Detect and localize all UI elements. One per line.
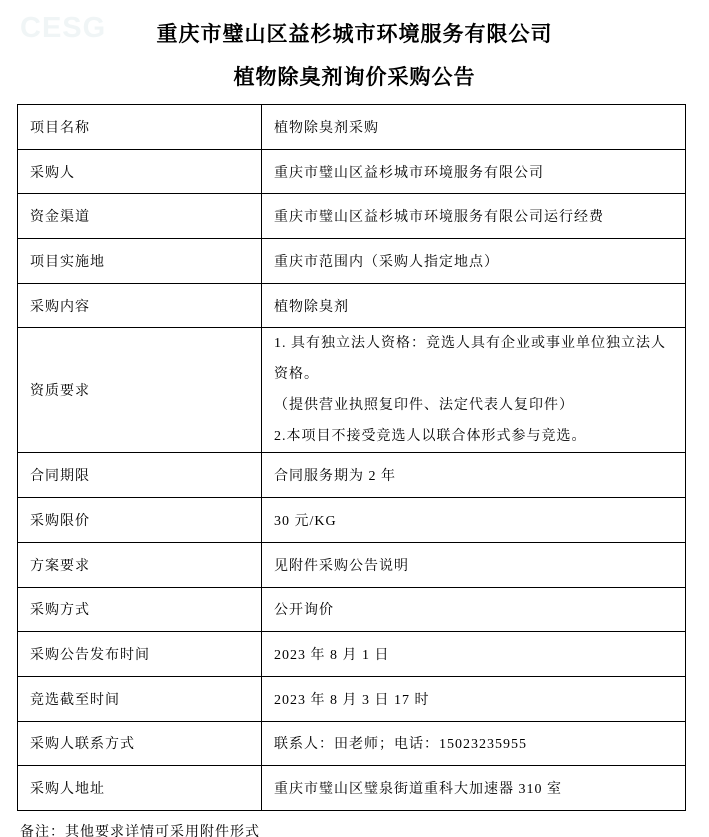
table-row-procurement-content: 采购内容 植物除臭剂: [18, 283, 686, 328]
row-label: 合同期限: [18, 453, 262, 498]
table-row-price-limit: 采购限价 30 元/KG: [18, 498, 686, 543]
table-row-funding-channel: 资金渠道 重庆市璧山区益杉城市环境服务有限公司运行经费: [18, 194, 686, 239]
row-value: 合同服务期为 2 年: [262, 453, 686, 498]
row-label: 采购方式: [18, 587, 262, 632]
row-label: 方案要求: [18, 542, 262, 587]
table-row-announcement-publish-time: 采购公告发布时间 2023 年 8 月 1 日: [18, 632, 686, 677]
row-value: 见附件采购公告说明: [262, 542, 686, 587]
row-label: 项目名称: [18, 105, 262, 150]
title-company-name: 重庆市璧山区益杉城市环境服务有限公司: [0, 0, 709, 47]
table-row-bidding-deadline: 竞选截至时间 2023 年 8 月 3 日 17 时: [18, 676, 686, 721]
row-label: 采购公告发布时间: [18, 632, 262, 677]
document-title: 重庆市璧山区益杉城市环境服务有限公司 植物除臭剂询价采购公告: [0, 0, 709, 90]
row-label: 竞选截至时间: [18, 676, 262, 721]
row-value: 公开询价: [262, 587, 686, 632]
row-label: 采购内容: [18, 283, 262, 328]
qualification-line-2: （提供营业执照复印件、法定代表人复印件）: [274, 390, 673, 421]
row-value: 联系人：田老师；电话：15023235955: [262, 721, 686, 766]
table-row-purchaser-contact: 采购人联系方式 联系人：田老师；电话：15023235955: [18, 721, 686, 766]
table-row-purchaser: 采购人 重庆市璧山区益杉城市环境服务有限公司: [18, 149, 686, 194]
procurement-info-table: 项目名称 植物除臭剂采购 采购人 重庆市璧山区益杉城市环境服务有限公司 资金渠道…: [17, 104, 686, 811]
row-label: 资质要求: [18, 328, 262, 453]
row-value: 植物除臭剂采购: [262, 105, 686, 150]
table-row-purchaser-address: 采购人地址 重庆市璧山区璧泉街道重科大加速器 310 室: [18, 766, 686, 811]
row-label: 采购限价: [18, 498, 262, 543]
table-row-plan-requirements: 方案要求 见附件采购公告说明: [18, 542, 686, 587]
row-value: 重庆市璧山区璧泉街道重科大加速器 310 室: [262, 766, 686, 811]
watermark-text: CESG: [20, 12, 106, 45]
qualification-line-1: 1. 具有独立法人资格：竞选人具有企业或事业单位独立法人资格。: [274, 328, 673, 390]
title-announcement-name: 植物除臭剂询价采购公告: [0, 65, 709, 90]
row-label: 项目实施地: [18, 239, 262, 284]
qualification-line-3: 2.本项目不接受竞选人以联合体形式参与竞选。: [274, 421, 673, 452]
row-value: 1. 具有独立法人资格：竞选人具有企业或事业单位独立法人资格。 （提供营业执照复…: [262, 328, 686, 453]
row-label: 资金渠道: [18, 194, 262, 239]
table-row-implementation-location: 项目实施地 重庆市范围内（采购人指定地点）: [18, 239, 686, 284]
row-value: 30 元/KG: [262, 498, 686, 543]
remark-note: 备注：其他要求详情可采用附件形式: [20, 824, 709, 837]
row-value: 2023 年 8 月 3 日 17 时: [262, 676, 686, 721]
table-row-project-name: 项目名称 植物除臭剂采购: [18, 105, 686, 150]
table-row-contract-period: 合同期限 合同服务期为 2 年: [18, 453, 686, 498]
row-value: 2023 年 8 月 1 日: [262, 632, 686, 677]
document-page: CESG 重庆市璧山区益杉城市环境服务有限公司 植物除臭剂询价采购公告 项目名称…: [0, 0, 709, 837]
row-label: 采购人地址: [18, 766, 262, 811]
row-label: 采购人: [18, 149, 262, 194]
row-value: 植物除臭剂: [262, 283, 686, 328]
table-row-procurement-method: 采购方式 公开询价: [18, 587, 686, 632]
table-row-qualification-requirements: 资质要求 1. 具有独立法人资格：竞选人具有企业或事业单位独立法人资格。 （提供…: [18, 328, 686, 453]
row-value: 重庆市璧山区益杉城市环境服务有限公司: [262, 149, 686, 194]
row-label: 采购人联系方式: [18, 721, 262, 766]
row-value: 重庆市璧山区益杉城市环境服务有限公司运行经费: [262, 194, 686, 239]
row-value: 重庆市范围内（采购人指定地点）: [262, 239, 686, 284]
